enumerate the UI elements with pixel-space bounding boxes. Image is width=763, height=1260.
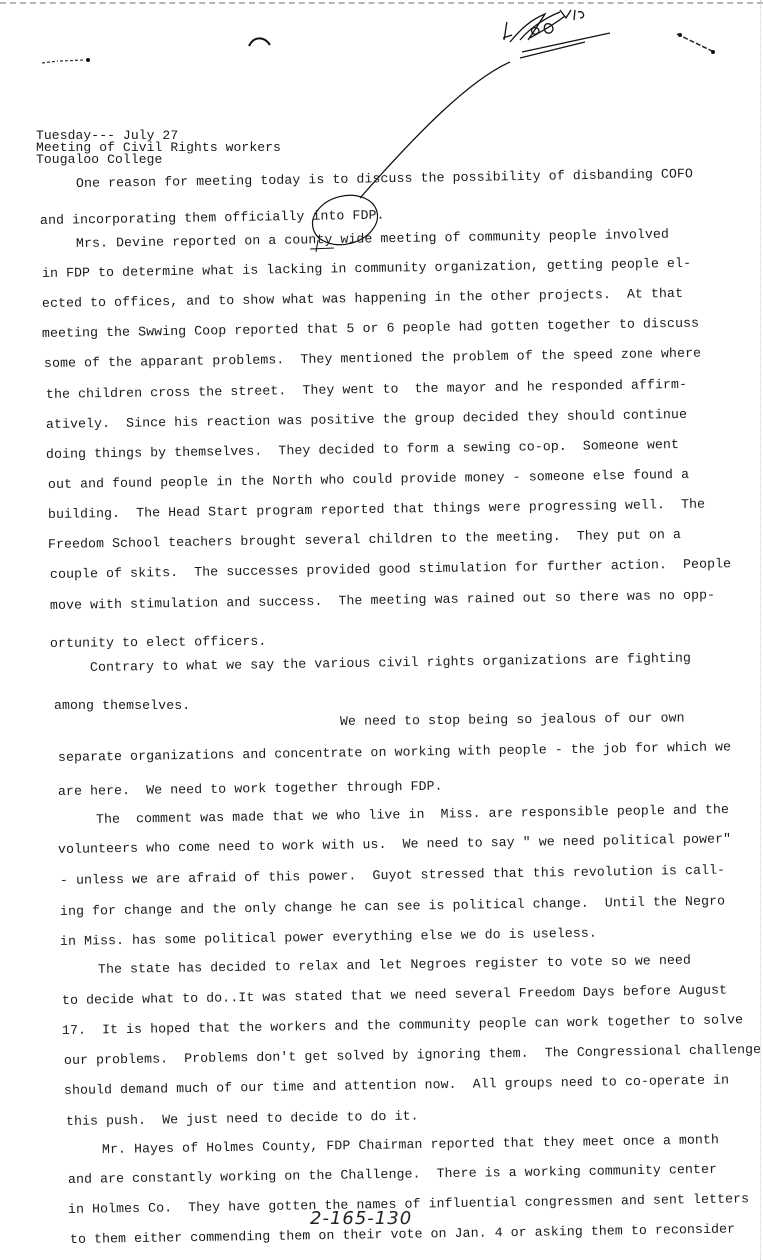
body-line: ortunity to elect officers. [50, 634, 267, 651]
body-line: Mrs. Devine reported on a county wide me… [76, 227, 669, 251]
body-line: separate organizations and concentrate o… [58, 739, 731, 765]
stray-mark-right [677, 34, 712, 51]
body-line: in FDP to determine what is lacking in c… [42, 256, 691, 281]
body-line: The comment was made that we who live in… [96, 802, 729, 827]
body-line: The state has decided to relax and let N… [98, 953, 691, 977]
page-top-border [0, 2, 763, 4]
body-line: move with stimulation and success. The m… [50, 588, 715, 613]
body-line: ected to offices, and to show what was h… [42, 286, 683, 311]
handwritten-reference-number: 2-165-130 [310, 1208, 412, 1229]
body-line: are here. We need to work together throu… [58, 779, 443, 799]
body-line: among themselves. [54, 698, 190, 713]
page-right-border [760, 0, 761, 1260]
body-line: Mr. Hayes of Holmes County, FDP Chairman… [102, 1132, 719, 1157]
body-line: doing things by themselves. They decided… [46, 437, 679, 462]
body-line: the children cross the street. They went… [46, 377, 687, 402]
body-line: should demand much of our time and atten… [64, 1073, 729, 1098]
body-line: 17. It is hoped that the workers and the… [62, 1012, 743, 1038]
arc-mark [249, 38, 270, 46]
body-line: We need to stop being so jealous of our … [340, 710, 685, 729]
body-line: out and found people in the North who co… [48, 467, 689, 492]
body-line: One reason for meeting today is to discu… [76, 166, 693, 191]
body-line: Contrary to what we say the various civi… [90, 651, 691, 675]
body-line: couple of skits. The successes provided … [50, 556, 731, 582]
signature-scribble [503, 10, 610, 58]
body-line: - unless we are afraid of this power. Gu… [60, 863, 725, 888]
body-line: to decide what to do..It was stated that… [62, 983, 727, 1008]
body-line: this push. We just need to decide to do … [66, 1108, 419, 1129]
body-line: Freedom School teachers brought several … [48, 527, 681, 552]
body-line: and incorporating them officially into F… [40, 208, 385, 228]
body-line: building. The Head Start program reporte… [48, 497, 705, 522]
body-line: and are constantly working on the Challe… [68, 1162, 717, 1187]
body-line: ing for change and the only change he ca… [60, 894, 725, 919]
body-line: in Miss. has some political power everyt… [60, 926, 597, 949]
header-location: Tougaloo College [36, 152, 162, 167]
stray-mark-left [42, 60, 85, 63]
body-line: some of the apparant problems. They ment… [44, 346, 701, 371]
body-line: meeting the Swwing Coop reported that 5 … [42, 316, 699, 341]
body-line: atively. Since his reaction was positive… [46, 407, 687, 432]
body-line: our problems. Problems don't get solved … [64, 1042, 761, 1068]
body-line: volunteers who come need to work with us… [58, 831, 731, 857]
